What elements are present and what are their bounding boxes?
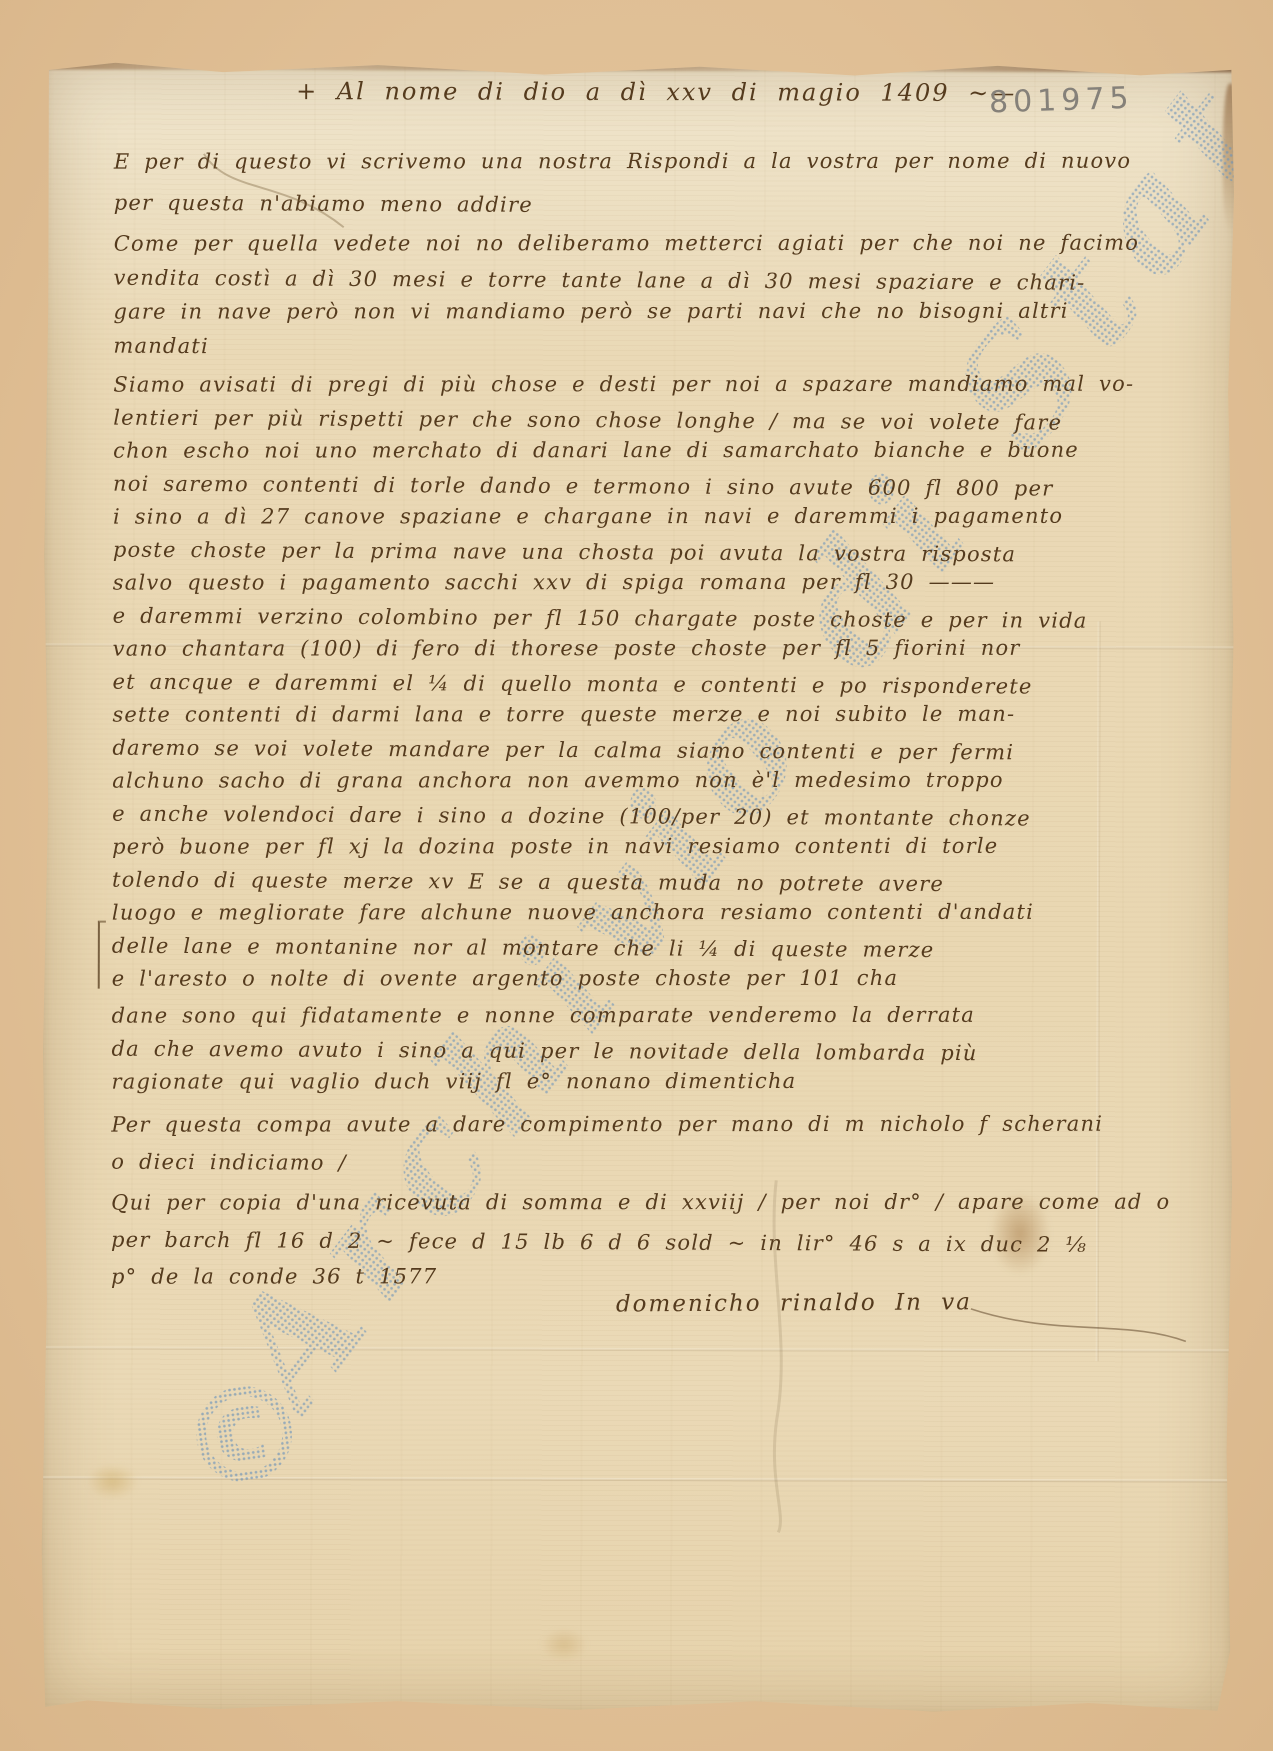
manuscript-line: dane sono qui fidatamente e nonne compar… xyxy=(112,999,978,1033)
manuscript-line: per questa n'abiamo meno addire xyxy=(114,183,1132,229)
manuscript-line: alchuno sacho di grana anchora non avemm… xyxy=(112,764,1133,798)
letter-paper: Archivio di Stato © + Al nome di dio a d… xyxy=(40,58,1236,1716)
archive-number: 801975 xyxy=(989,81,1135,121)
manuscript-line: però buone per fl xj la dozina poste in … xyxy=(112,830,1133,864)
manuscript-line: i sino a dì 27 canove spaziane e chargan… xyxy=(113,500,1134,534)
manuscript-paragraph: Siamo avisati di pregi di più chose e de… xyxy=(112,369,1135,999)
manuscript-line: p° de la conde 36 t 1577 xyxy=(111,1258,1170,1296)
paper-stain xyxy=(86,1464,138,1500)
manuscript-line: chon escho noi uno merchato di danari la… xyxy=(113,434,1134,468)
manuscript-paragraph: E per di questo vi scrivemo una nostra R… xyxy=(114,142,1132,227)
manuscript-paragraph: dane sono qui fidatamente e nonne compar… xyxy=(111,1000,977,1101)
torn-top-edge xyxy=(44,58,1236,72)
copyright-watermark-icon: © xyxy=(170,1363,319,1512)
manuscript-line: o dieci indiciamo / xyxy=(111,1144,1103,1186)
manuscript-line: salvo questo i pagamento sacchi xxv di s… xyxy=(113,566,1134,600)
manuscript-line: E per di questo vi scrivemo una nostra R… xyxy=(114,141,1131,183)
manuscript-paragraph: Per questa compa avute a dare compimento… xyxy=(111,1107,1103,1184)
scan-background: Archivio di Stato © + Al nome di dio a d… xyxy=(0,0,1273,1751)
paper-stain xyxy=(540,1628,588,1662)
manuscript-line: Per questa compa avute a dare compimento… xyxy=(111,1106,1103,1144)
manuscript-line: Qui per copia d'una ricevuta di somma e … xyxy=(111,1184,1170,1222)
manuscript-line: vano chantara (100) di fero di thorese p… xyxy=(113,632,1134,666)
manuscript-line: gare in nave però non vi mandiamo però s… xyxy=(113,294,1138,329)
signature: domenicho rinaldo In va xyxy=(616,1289,972,1317)
manuscript-line: mandati xyxy=(113,329,1139,368)
manuscript-paragraph: Qui per copia d'una ricevuta di somma e … xyxy=(111,1185,1170,1299)
manuscript-line: sette contenti di darmi lana e torre que… xyxy=(112,698,1133,732)
manuscript-line: Siamo avisati di pregi di più chose e de… xyxy=(113,368,1134,402)
manuscript-line: e l'aresto o nolte di ovente argento pos… xyxy=(112,962,1133,996)
manuscript-line: ragionate qui vaglio duch viij fl e° non… xyxy=(111,1065,977,1099)
manuscript-line: Come per quella vedete noi no deliberamo… xyxy=(114,226,1139,261)
margin-bracket-mark xyxy=(98,921,106,989)
letter-heading: + Al nome di dio a dì xxv di magio 1409 … xyxy=(296,77,1016,107)
manuscript-line: luogo e megliorate fare alchune nuove an… xyxy=(112,896,1133,930)
manuscript-paragraph: Come per quella vedete noi no deliberamo… xyxy=(113,227,1139,366)
